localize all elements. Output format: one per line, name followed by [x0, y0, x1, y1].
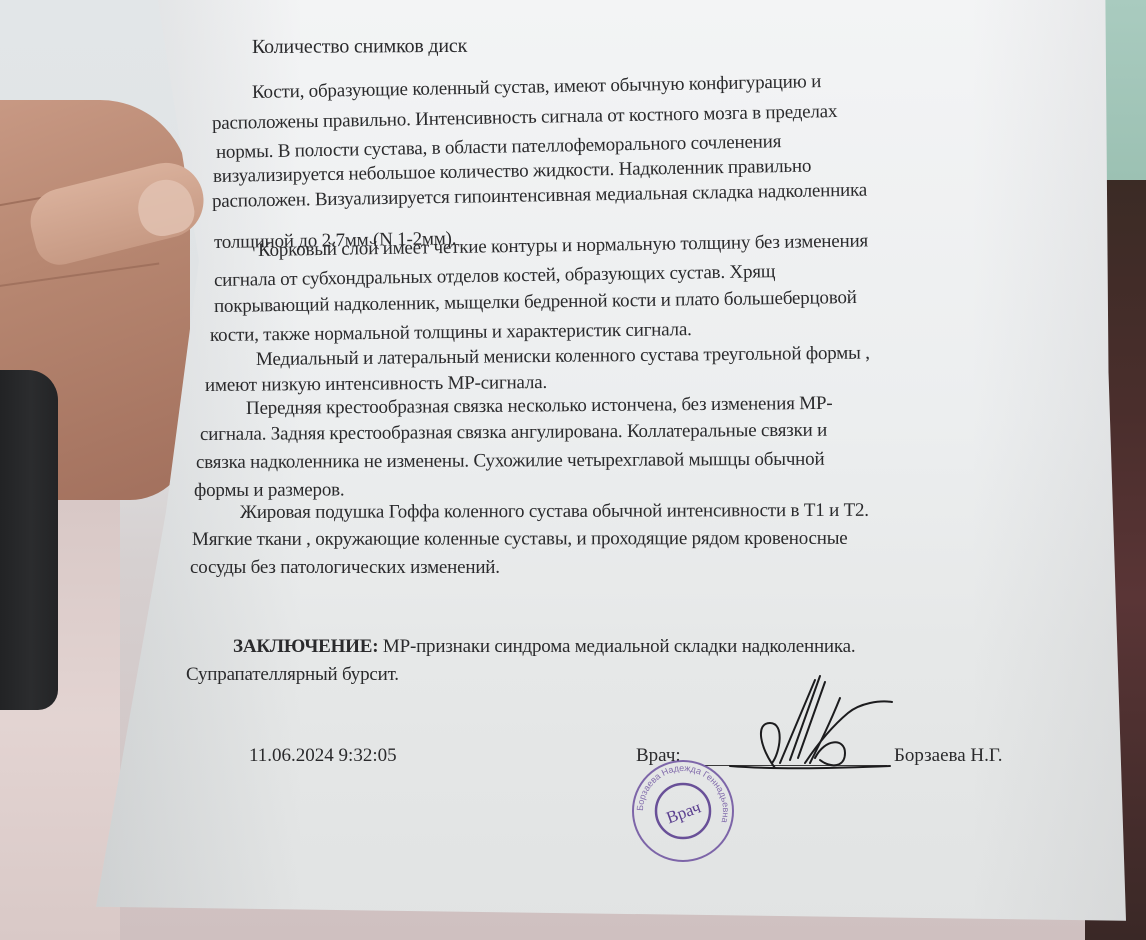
- report-datetime: 11.06.2024 9:32:05: [249, 745, 397, 767]
- signature-icon: [720, 668, 900, 788]
- report-line: сосуды без патологических изменений.: [190, 557, 500, 579]
- report-line: сигнала. Задняя крестообразная связка ан…: [200, 420, 827, 446]
- conclusion-line: ЗАКЛЮЧЕНИЕ: МР-признаки синдрома медиаль…: [233, 636, 855, 658]
- doctor-name: Борзаева Н.Г.: [894, 745, 1002, 767]
- conclusion-label: ЗАКЛЮЧЕНИЕ:: [233, 636, 378, 657]
- report-heading: Количество снимков диск: [252, 35, 467, 58]
- jacket-sleeve: [0, 370, 58, 710]
- report-line: Жировая подушка Гоффа коленного сустава …: [240, 500, 869, 524]
- report-line: формы и размеров.: [194, 479, 345, 502]
- stamp-center-text: Врач: [664, 797, 704, 827]
- conclusion-line-2: Супрапателлярный бурсит.: [186, 664, 399, 686]
- doctor-stamp-icon: Врач Борзаева Надежда Геннадьевна: [628, 756, 738, 866]
- report-line: имеют низкую интенсивность МР-сигнала.: [205, 372, 547, 397]
- conclusion-text: МР-признаки синдрома медиальной складки …: [378, 636, 855, 657]
- report-line: связка надколенника не изменены. Сухожил…: [196, 449, 825, 474]
- report-line: Мягкие ткани , окружающие коленные суста…: [192, 528, 848, 551]
